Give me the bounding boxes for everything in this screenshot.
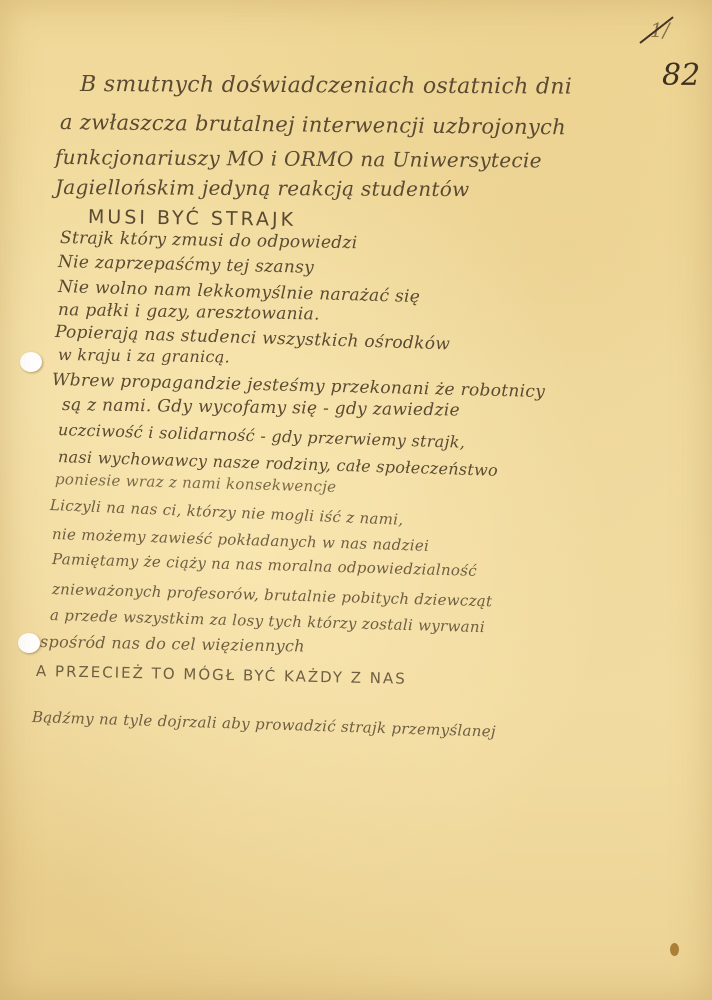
line-7: Nie zaprzepaśćmy tej szansy [58, 252, 314, 278]
line-21: a przede wszystkim za losy tych którzy z… [50, 606, 485, 636]
document-page: 1/ 82 B smutnych doświadczeniach ostatni… [0, 0, 712, 1000]
heading-strike: MUSI BYĆ STRAJK [88, 206, 296, 231]
line-9: na pałki i gazy, aresztowania. [58, 300, 320, 325]
line-19: Pamiętamy że ciąży na nas moralna odpowi… [52, 550, 477, 580]
punch-hole-bottom [18, 633, 40, 653]
closing-heading: A PRZECIEŻ TO MÓGŁ BYĆ KAŻDY Z NAS [36, 662, 407, 688]
line-14: uczciwość i solidarność - gdy przerwiemy… [58, 420, 466, 452]
line-24: Bądźmy na tyle dojrzali aby prowadzić st… [32, 708, 496, 741]
line-3: funkcjonariuszy MO i ORMO na Uniwersytec… [55, 145, 542, 172]
punch-hole-top [20, 352, 42, 372]
line-22: spośród nas do cel więziennych [40, 632, 305, 656]
line-16: poniesie wraz z nami konsekwencje [55, 470, 337, 496]
line-17: Liczyli na nas ci, którzy nie mogli iść … [50, 496, 404, 529]
line-6: Strajk który zmusi do odpowiedzi [60, 228, 358, 253]
line-11: w kraju i za granicą. [58, 345, 230, 366]
line-18: nie możemy zawieść pokładanych w nas nad… [52, 525, 430, 555]
line-20: znieważonych profesorów, brutalnie pobit… [52, 580, 493, 610]
archive-fraction: 1/ [650, 18, 669, 42]
line-1: B smutnych doświadczeniach ostatnich dni [80, 72, 572, 100]
line-4: Jagiellońskim jedyną reakcją studentów [55, 175, 470, 201]
line-2: a zwłaszcza brutalnej interwencji uzbroj… [60, 110, 566, 139]
line-13: są z nami. Gdy wycofamy się - gdy zawied… [62, 395, 460, 421]
stain-spot [670, 943, 679, 956]
archive-page-number: 82 [662, 58, 700, 93]
